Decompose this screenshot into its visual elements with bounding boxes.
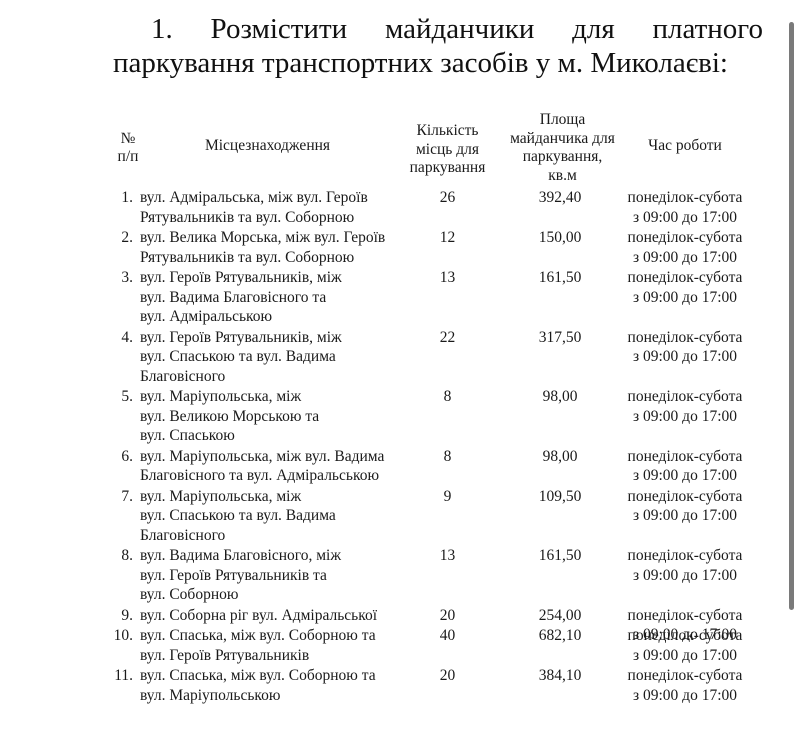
row-number: 3. — [100, 268, 133, 288]
row-number: 11. — [100, 666, 133, 686]
header-area: Площа майданчика для паркування, кв.м — [505, 108, 620, 188]
header-number-text: № п/п — [108, 130, 148, 167]
row-number: 5. — [100, 387, 133, 407]
table-row: 11.вул. Спаська, між вул. Соборною та ву… — [0, 666, 800, 705]
table-row: 3.вул. Героїв Рятувальників, між вул. Ва… — [0, 268, 800, 327]
heading-line-1: 1. Розмістити майданчики для платного — [113, 12, 763, 46]
row-number: 1. — [100, 188, 133, 208]
row-location: вул. Соборна ріг вул. Адміральської — [140, 606, 400, 626]
row-number: 7. — [100, 487, 133, 507]
header-number: № п/п — [108, 128, 148, 168]
heading-word: майданчики — [385, 12, 534, 46]
row-hours: понеділок-субота з 09:00 до 17:00 — [615, 328, 755, 367]
row-location: вул. Маріупольська, між вул. Вадима Благ… — [140, 447, 400, 486]
row-count: 20 — [420, 666, 475, 686]
row-hours: понеділок-субота з 09:00 до 17:00 — [615, 666, 755, 705]
table-row: 2.вул. Велика Морська, між вул. Героїв Р… — [0, 228, 800, 267]
row-hours: понеділок-субота з 09:00 до 17:00 — [615, 546, 755, 585]
row-area: 161,50 — [520, 268, 600, 288]
row-count: 9 — [420, 487, 475, 507]
row-location: вул. Героїв Рятувальників, між вул. Спас… — [140, 328, 400, 387]
row-area: 98,00 — [520, 447, 600, 467]
row-number: 10. — [100, 626, 133, 646]
row-area: 109,50 — [520, 487, 600, 507]
heading-word: Розмістити — [211, 12, 348, 46]
header-count: Кількість місць для паркування — [400, 120, 495, 180]
row-area: 150,00 — [520, 228, 600, 248]
row-count: 13 — [420, 268, 475, 288]
row-number: 8. — [100, 546, 133, 566]
table-body: 1.вул. Адміральська, між вул. Героїв Рят… — [0, 188, 800, 706]
row-area: 317,50 — [520, 328, 600, 348]
row-area: 161,50 — [520, 546, 600, 566]
row-hours: понеділок-субота з 09:00 до 17:00 — [615, 447, 755, 486]
row-location: вул. Адміральська, між вул. Героїв Рятув… — [140, 188, 400, 227]
header-location: Місцезнаходження — [180, 136, 355, 156]
header-location-text: Місцезнаходження — [180, 137, 355, 156]
heading-number: 1. — [151, 12, 173, 46]
row-count: 8 — [420, 447, 475, 467]
row-location: вул. Вадима Благовісного, між вул. Герої… — [140, 546, 400, 605]
table-row: 5.вул. Маріупольська, між вул. Великою М… — [0, 387, 800, 446]
row-location: вул. Спаська, між вул. Соборною та вул. … — [140, 626, 400, 665]
row-count: 13 — [420, 546, 475, 566]
table-header: № п/п Місцезнаходження Кількість місць д… — [0, 108, 800, 183]
row-hours: понеділок-субота з 09:00 до 17:00 — [615, 487, 755, 526]
row-number: 4. — [100, 328, 133, 348]
row-location: вул. Героїв Рятувальників, між вул. Вади… — [140, 268, 400, 327]
row-hours: понеділок-субота з 09:00 до 17:00 — [615, 188, 755, 227]
row-count: 22 — [420, 328, 475, 348]
row-count: 40 — [420, 626, 475, 646]
table-row: 4.вул. Героїв Рятувальників, між вул. Сп… — [0, 328, 800, 387]
document-heading: 1. Розмістити майданчики для платного па… — [113, 12, 763, 80]
row-count: 12 — [420, 228, 475, 248]
heading-word: платного — [652, 12, 762, 46]
row-area: 98,00 — [520, 387, 600, 407]
header-area-text: Площа майданчика для паркування, кв.м — [505, 111, 620, 185]
table-row: 9.вул. Соборна ріг вул. Адміральської202… — [0, 606, 800, 626]
table-row: 10.вул. Спаська, між вул. Соборною та ву… — [0, 626, 800, 665]
row-location: вул. Маріупольська, між вул. Великою Мор… — [140, 387, 400, 446]
row-number: 9. — [100, 606, 133, 626]
row-area: 254,00 — [520, 606, 600, 626]
row-location: вул. Маріупольська, між вул. Спаською та… — [140, 487, 400, 546]
row-number: 2. — [100, 228, 133, 248]
table-row: 1.вул. Адміральська, між вул. Героїв Рят… — [0, 188, 800, 227]
header-hours-text: Час роботи — [620, 137, 750, 156]
row-location: вул. Спаська, між вул. Соборною та вул. … — [140, 666, 400, 705]
row-hours: понеділок-субота з 09:00 до 17:00 — [615, 387, 755, 426]
table-row: 6.вул. Маріупольська, між вул. Вадима Бл… — [0, 447, 800, 486]
heading-line-2: паркування транспортних засобів у м. Мик… — [113, 46, 763, 80]
row-hours: понеділок-субота з 09:00 до 17:00 — [615, 268, 755, 307]
row-count: 26 — [420, 188, 475, 208]
row-area: 682,10 — [520, 626, 600, 646]
header-hours: Час роботи — [620, 136, 750, 156]
table-row: 8.вул. Вадима Благовісного, між вул. Гер… — [0, 546, 800, 605]
row-location: вул. Велика Морська, між вул. Героїв Рят… — [140, 228, 400, 267]
heading-word: для — [572, 12, 615, 46]
header-count-text: Кількість місць для паркування — [400, 122, 495, 178]
row-hours: понеділок-субота з 09:00 до 17:00 — [615, 626, 755, 665]
row-number: 6. — [100, 447, 133, 467]
row-area: 392,40 — [520, 188, 600, 208]
row-area: 384,10 — [520, 666, 600, 686]
vertical-scrollbar[interactable] — [789, 22, 794, 610]
row-count: 20 — [420, 606, 475, 626]
row-count: 8 — [420, 387, 475, 407]
row-hours: понеділок-субота з 09:00 до 17:00 — [615, 228, 755, 267]
table-row: 7.вул. Маріупольська, між вул. Спаською … — [0, 487, 800, 546]
